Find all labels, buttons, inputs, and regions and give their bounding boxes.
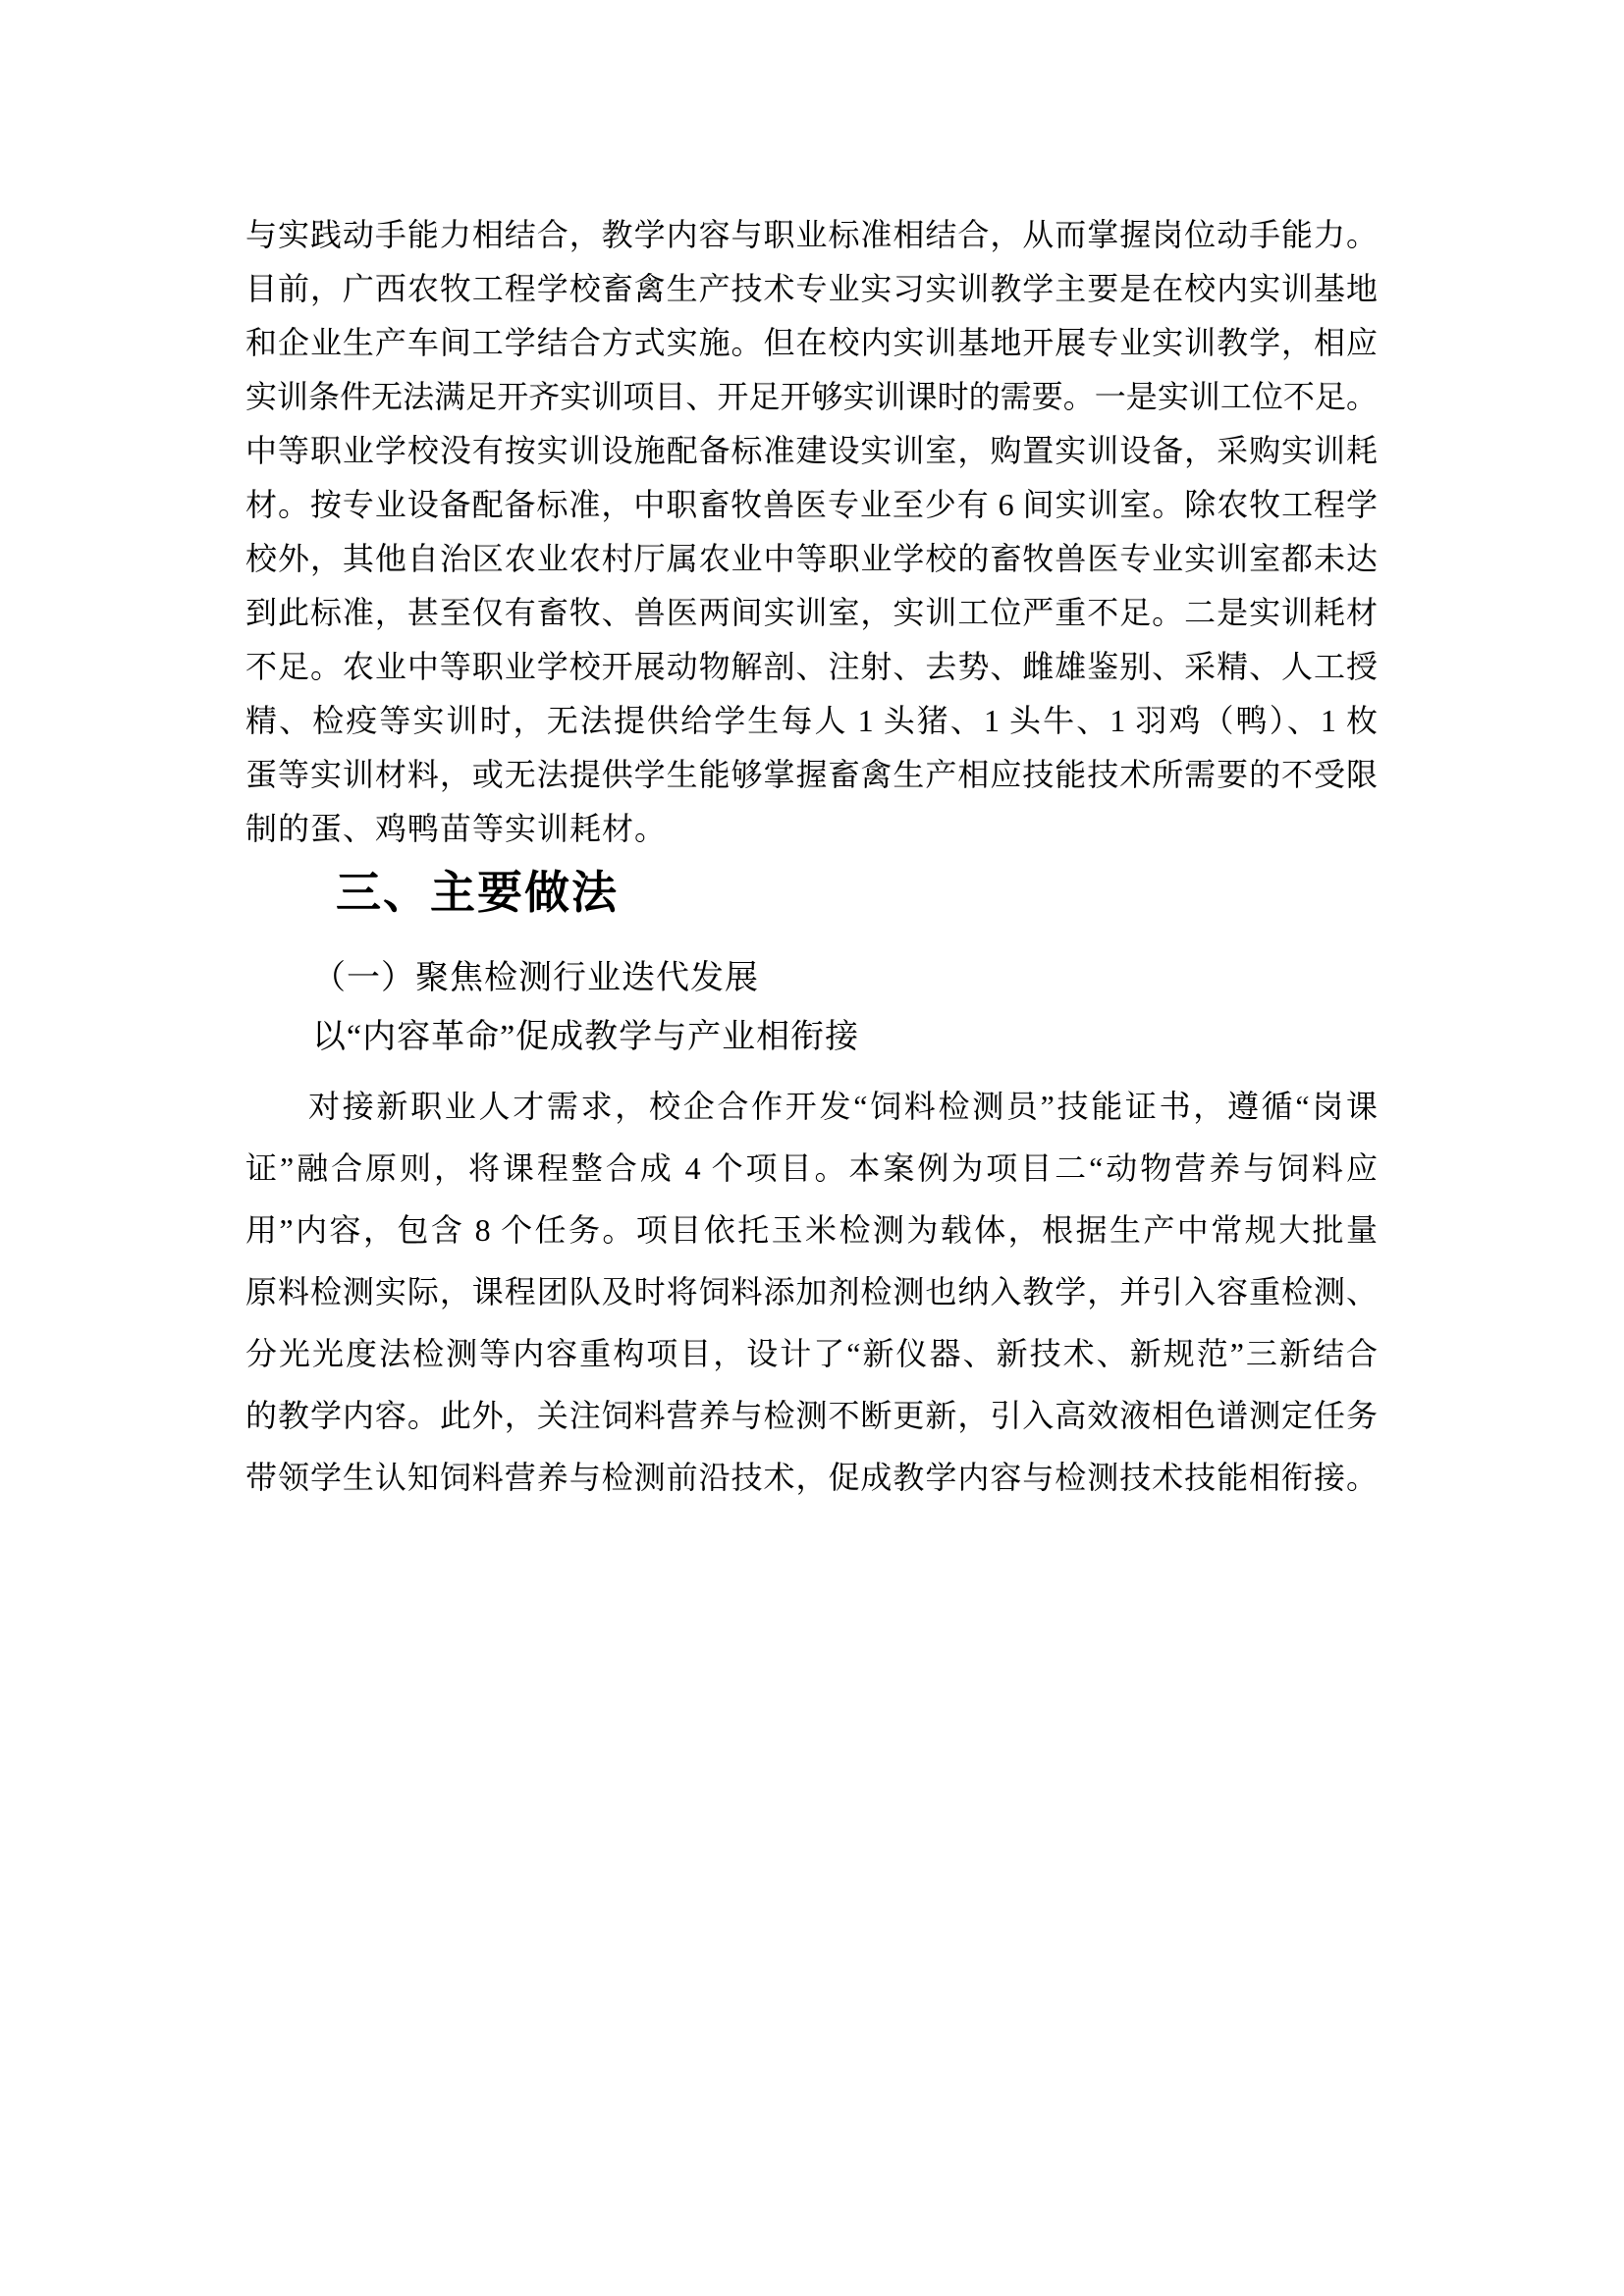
body-line: 实训条件无法满足开齐实训项目、开足开够实训课时的需要。一是实训工位不足。 [245,370,1378,424]
body-line: 目前，广西农牧工程学校畜禽生产技术专业实习实训教学主要是在校内实训基地 [245,262,1378,316]
body-line: 带领学生认知饲料营养与检测前沿技术，促成教学内容与检测技术技能相衔接。 [245,1447,1378,1509]
paragraph-current-situation: 与实践动手能力相结合，教学内容与职业标准相结合，从而掌握岗位动手能力。 目前，广… [245,208,1378,856]
body-line: 的教学内容。此外，关注饲料营养与检测不断更新，引入高效液相色谱测定任务 [245,1385,1378,1447]
body-line: 和企业生产车间工学结合方式实施。但在校内实训基地开展专业实训教学，相应 [245,316,1378,370]
body-line: 与实践动手能力相结合，教学内容与职业标准相结合，从而掌握岗位动手能力。 [245,208,1378,262]
body-line: 原料检测实际，课程团队及时将饲料添加剂检测也纳入教学，并引入容重检测、 [245,1261,1378,1323]
body-line: 材。按专业设备配备标准，中职畜牧兽医专业至少有 6 间实训室。除农牧工程学 [245,478,1378,532]
paragraph-main-measures: 对接新职业人才需求，校企合作开发“饲料检测员”技能证书，遵循“岗课 证”融合原则… [245,1076,1378,1509]
body-line: 中等职业学校没有按实训设施配备标准建设实训室，购置实训设备，采购实训耗 [245,424,1378,478]
body-line: 到此标准，甚至仅有畜牧、兽医两间实训室，实训工位严重不足。二是实训耗材 [245,586,1378,640]
body-line: 不足。农业中等职业学校开展动物解剖、注射、去势、雌雄鉴别、采精、人工授 [245,640,1378,694]
body-line: 校外，其他自治区农业农村厅属农业中等职业学校的畜牧兽医专业实训室都未达 [245,532,1378,586]
body-line: 证”融合原则，将课程整合成 4 个项目。本案例为项目二“动物营养与饲料应 [245,1138,1378,1200]
body-line: 蛋等实训材料，或无法提供学生能够掌握畜禽生产相应技能技术所需要的不受限 [245,748,1378,802]
subsection-slogan: 以“内容革命”促成教学与产业相衔接 [245,1010,1378,1064]
body-line: 分光光度法检测等内容重构项目，设计了“新仪器、新技术、新规范”三新结合 [245,1323,1378,1385]
section-heading: 三、主要做法 [245,862,1378,925]
document-page: 与实践动手能力相结合，教学内容与职业标准相结合，从而掌握岗位动手能力。 目前，广… [0,0,1624,2296]
body-line: 制的蛋、鸡鸭苗等实训耗材。 [245,802,1378,856]
body-line: 精、检疫等实训时，无法提供给学生每人 1 头猪、1 头牛、1 羽鸡（鸭）、1 枚 [245,694,1378,748]
body-line: 对接新职业人才需求，校企合作开发“饲料检测员”技能证书，遵循“岗课 [245,1076,1378,1138]
body-line: 用”内容，包含 8 个任务。项目依托玉米检测为载体，根据生产中常规大批量 [245,1200,1378,1261]
subsection-heading: （一）聚焦检测行业迭代发展 [245,951,1378,1005]
